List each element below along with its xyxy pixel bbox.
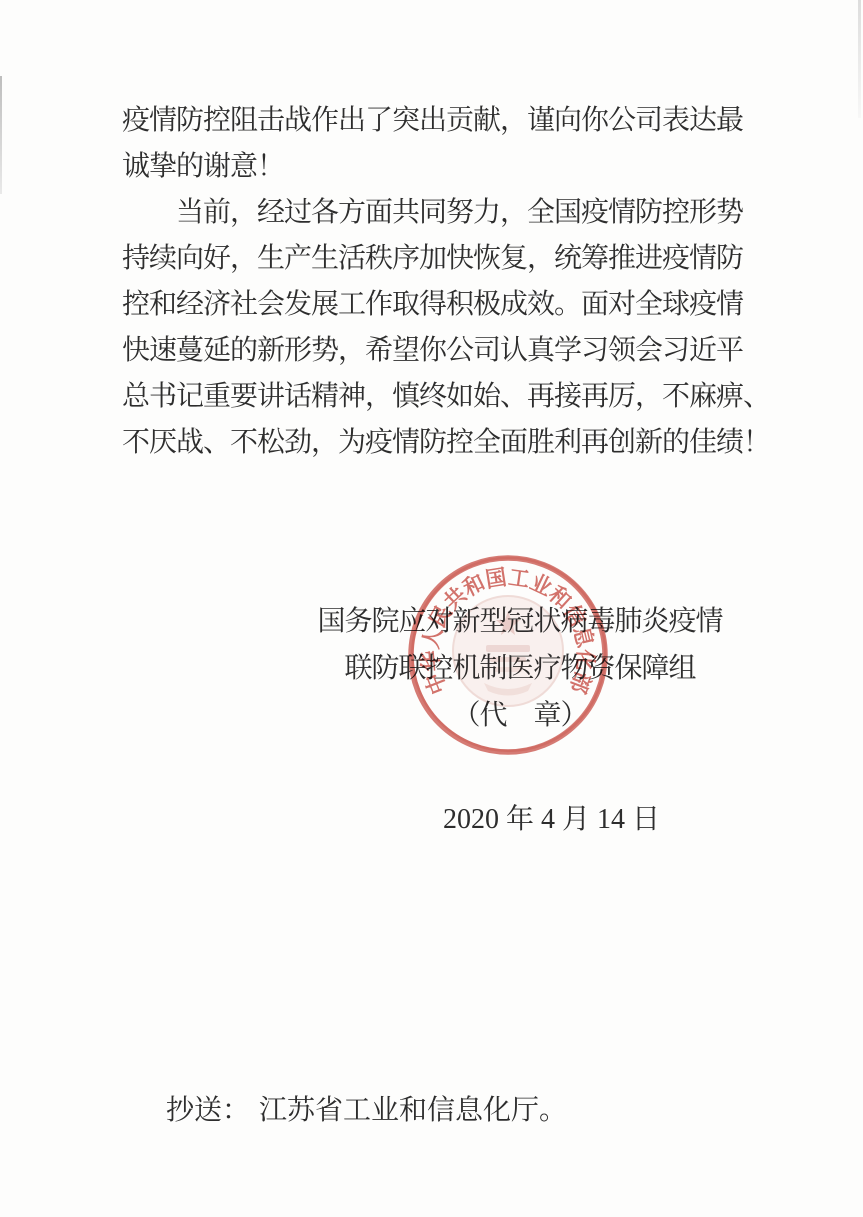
body-line: 总书记重要讲话精神，慎终如始、再接再厉，不麻痹、 [122, 381, 770, 413]
body-line: 控和经济社会发展工作取得积极成效。面对全球疫情 [122, 289, 743, 321]
scan-edge-artifact-right [858, 0, 861, 118]
body-line: 快速蔓延的新形势，希望你公司认真学习领会习近平 [122, 335, 743, 367]
cc-value: 江苏省工业和信息化厅。 [259, 1095, 567, 1126]
body-line: 诚挚的谢意！ [122, 151, 284, 183]
signature-org-line-1: 国务院应对新型冠状病毒肺炎疫情 [280, 608, 760, 636]
signature-block: 国务院应对新型冠状病毒肺炎疫情 联防联控机制医疗物资保障组 （代 章） [280, 608, 760, 749]
date-line: 2020 年 4 月 14 日 [443, 797, 660, 837]
signature-org-line-2: 联防联控机制医疗物资保障组 [280, 655, 760, 683]
cc-line: 抄送：江苏省工业和信息化厅。 [166, 1088, 567, 1128]
document-page: 疫情防控阻击战作出了突出贡献，谨向你公司表达最 诚挚的谢意！ 当前，经过各方面共… [0, 0, 863, 1217]
cc-label: 抄送： [166, 1095, 250, 1126]
body-line: 疫情防控阻击战作出了突出贡献，谨向你公司表达最 [122, 105, 743, 137]
body-line: 当前，经过各方面共同努力，全国疫情防控形势 [176, 197, 743, 229]
body-line: 不厌战、不松劲，为疫情防控全面胜利再创新的佳绩！ [122, 427, 770, 459]
body-line: 持续向好，生产生活秩序加快恢复，统筹推进疫情防 [122, 243, 743, 275]
scan-edge-artifact-left [0, 76, 2, 194]
signature-seal-note: （代 章） [280, 702, 760, 730]
